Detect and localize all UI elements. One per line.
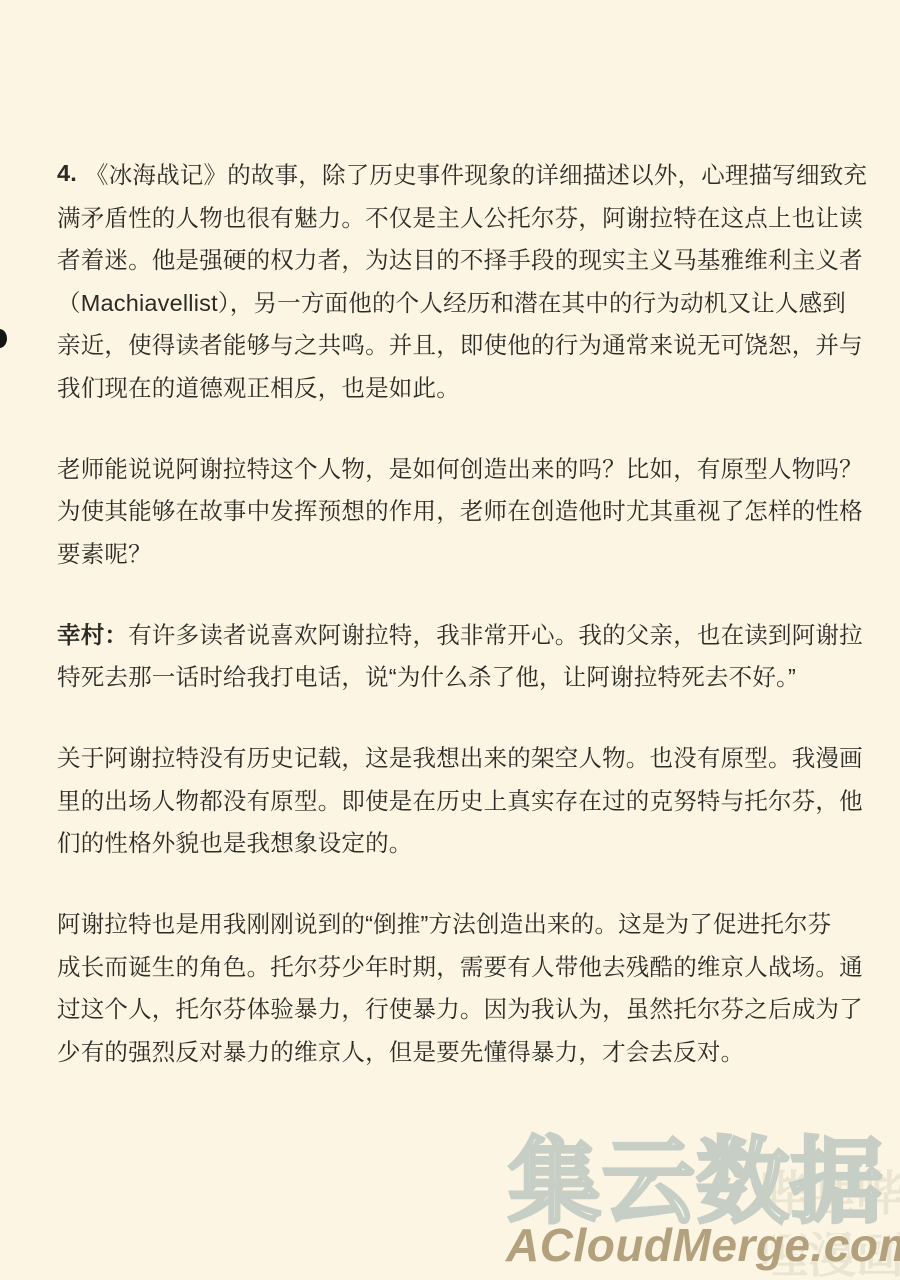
watermark-brand: 集云数据 <box>508 1136 884 1229</box>
watermark-site-url: ACloudMerge.com <box>506 1222 900 1268</box>
text-line: 满矛盾性的人物也很有魅力。不仅是主人公托尔芬，阿谢拉特在这点上也让读 <box>57 195 867 238</box>
text-line: 者着迷。他是强硬的权力者，为达目的不择手段的现实主义马基雅维利主义者 <box>57 237 867 280</box>
bold-lead: 幸村： <box>57 616 128 650</box>
paragraph: 老师能说说阿谢拉特这个人物，是如何创造出来的吗？比如，有原型人物吗？为使其能够在… <box>57 446 867 574</box>
text-line: 我们现在的道德观正相反，也是如此。 <box>57 365 867 408</box>
text-line: 们的性格外貌也是我想象设定的。 <box>57 820 867 863</box>
text-line: 过这个人，托尔芬体验暴力，行使暴力。因为我认为，虽然托尔芬之后成为了 <box>57 986 867 1029</box>
paragraph: 关于阿谢拉特没有历史记载，这是我想出来的架空人物。也没有原型。我漫画里的出场人物… <box>57 735 867 863</box>
text-line: 特死去那一话时给我打电话，说“为什么杀了他，让阿谢拉特死去不好。” <box>57 654 867 697</box>
text-line: （Machiavellist），另一方面他的个人经历和潜在其中的行为动机又让人感… <box>57 280 867 323</box>
paragraph: 阿谢拉特也是用我刚刚说到的“倒推”方法创造出来的。这是为了促进托尔芬成长而诞生的… <box>57 901 867 1071</box>
text-line: 老师能说说阿谢拉特这个人物，是如何创造出来的吗？比如，有原型人物吗？ <box>57 446 867 489</box>
text-line: 关于阿谢拉特没有历史记载，这是我想出来的架空人物。也没有原型。我漫画 <box>57 735 867 778</box>
text-line: 幸村：有许多读者说喜欢阿谢拉特，我非常开心。我的父亲，也在读到阿谢拉 <box>57 612 867 655</box>
faint-watermark: 哔哩哔哩漫画 <box>760 1164 900 1280</box>
bold-lead: 4. <box>57 160 77 187</box>
text-line: 为使其能够在故事中发挥预想的作用，老师在创造他时尤其重视了怎样的性格 <box>57 488 867 531</box>
text-line: 成长而诞生的角色。托尔芬少年时期，需要有人带他去残酷的维京人战场。通 <box>57 944 867 987</box>
paragraph: 幸村：有许多读者说喜欢阿谢拉特，我非常开心。我的父亲，也在读到阿谢拉特死去那一话… <box>57 612 867 697</box>
text-line: 要素呢？ <box>57 531 867 574</box>
text-line: 少有的强烈反对暴力的维京人，但是要先懂得暴力，才会去反对。 <box>57 1029 867 1072</box>
text-line: 亲近，使得读者能够与之共鸣。并且，即使他的行为通常来说无可饶恕，并与 <box>57 322 867 365</box>
text-line: 里的出场人物都没有原型。即使是在历史上真实存在过的克努特与托尔芬，他 <box>57 778 867 821</box>
paragraph: 4.《冰海战记》的故事，除了历史事件现象的详细描述以外，心理描写细致充满矛盾性的… <box>57 152 867 407</box>
edge-dot <box>0 329 7 348</box>
text-line: 阿谢拉特也是用我刚刚说到的“倒推”方法创造出来的。这是为了促进托尔芬 <box>57 901 867 944</box>
text-line: 4.《冰海战记》的故事，除了历史事件现象的详细描述以外，心理描写细致充 <box>57 152 867 195</box>
article: 4.《冰海战记》的故事，除了历史事件现象的详细描述以外，心理描写细致充满矛盾性的… <box>57 152 867 1110</box>
page: 4.《冰海战记》的故事，除了历史事件现象的详细描述以外，心理描写细致充满矛盾性的… <box>0 0 900 1280</box>
